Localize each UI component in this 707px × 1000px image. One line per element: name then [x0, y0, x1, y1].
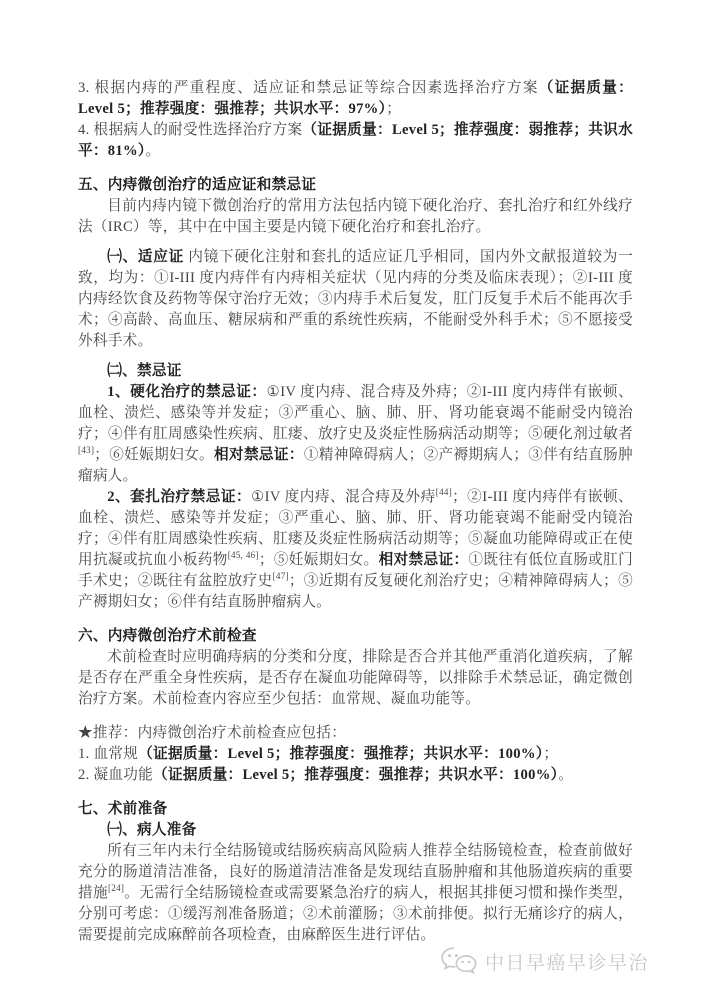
footer-brand-text: 中日早癌早诊早治	[485, 948, 649, 975]
recommendation-item-3: 3. 根据内痔的严重程度、适应证和禁忌证等综合因素选择治疗方案（证据质量：Lev…	[78, 78, 633, 120]
section-6-paragraph: 术前检查时应明确痔病的分类和分度，排除是否合并其他严重消化道疾病，了解是否存在严…	[78, 647, 633, 710]
document-body: 3. 根据内痔的严重程度、适应证和禁忌证等综合因素选择治疗方案（证据质量：Lev…	[0, 0, 707, 946]
indications-paragraph: ㈠、适应证 内镜下硬化注射和套扎的适应证几乎相同，国内外文献报道较为一致，均为：…	[78, 247, 633, 352]
banding-contraindications: 2、套扎治疗禁忌证：①IV 度内痔、混合痔及外痔[44]；②I-III 度内痔伴…	[78, 487, 633, 613]
section-6-heading: 六、内痔微创治疗术前检查	[78, 626, 633, 647]
wechat-watermark: 中日早癌早诊早治	[440, 946, 649, 977]
recommendation-item-4: 4. 根据病人的耐受性选择治疗方案（证据质量：Level 5；推荐强度：弱推荐；…	[78, 120, 633, 162]
sclerotherapy-contraindications: 1、硬化治疗的禁忌证：①IV 度内痔、混合痔及外痔；②I-III 度内痔伴有嵌顿…	[78, 382, 633, 487]
section-5-intro: 目前内痔内镜下微创治疗的常用方法包括内镜下硬化治疗、套扎治疗和红外线疗法（IRC…	[78, 196, 633, 238]
recommendation-blood-routine: 1. 血常规（证据质量：Level 5；推荐强度：强推荐；共识水平：100%）；	[78, 744, 633, 765]
section-5-heading: 五、内痔微创治疗的适应证和禁忌证	[78, 175, 633, 196]
recommendation-coagulation: 2. 凝血功能（证据质量：Level 5；推荐强度：强推荐；共识水平：100%）…	[78, 765, 633, 786]
patient-preparation-subheading: ㈠、病人准备	[78, 820, 633, 841]
patient-preparation-paragraph: 所有三年内未行全结肠镜或结肠疾病高风险病人推荐全结肠镜检查，检查前做好充分的肠道…	[78, 841, 633, 946]
recommendation-note: ★推荐：内痔微创治疗术前检查应包括：	[78, 723, 633, 744]
document-page: 3. 根据内痔的严重程度、适应证和禁忌证等综合因素选择治疗方案（证据质量：Lev…	[0, 0, 707, 1000]
wechat-icon	[440, 946, 477, 977]
contraindications-subheading: ㈡、禁忌证	[78, 361, 633, 382]
section-7-heading: 七、术前准备	[78, 799, 633, 820]
